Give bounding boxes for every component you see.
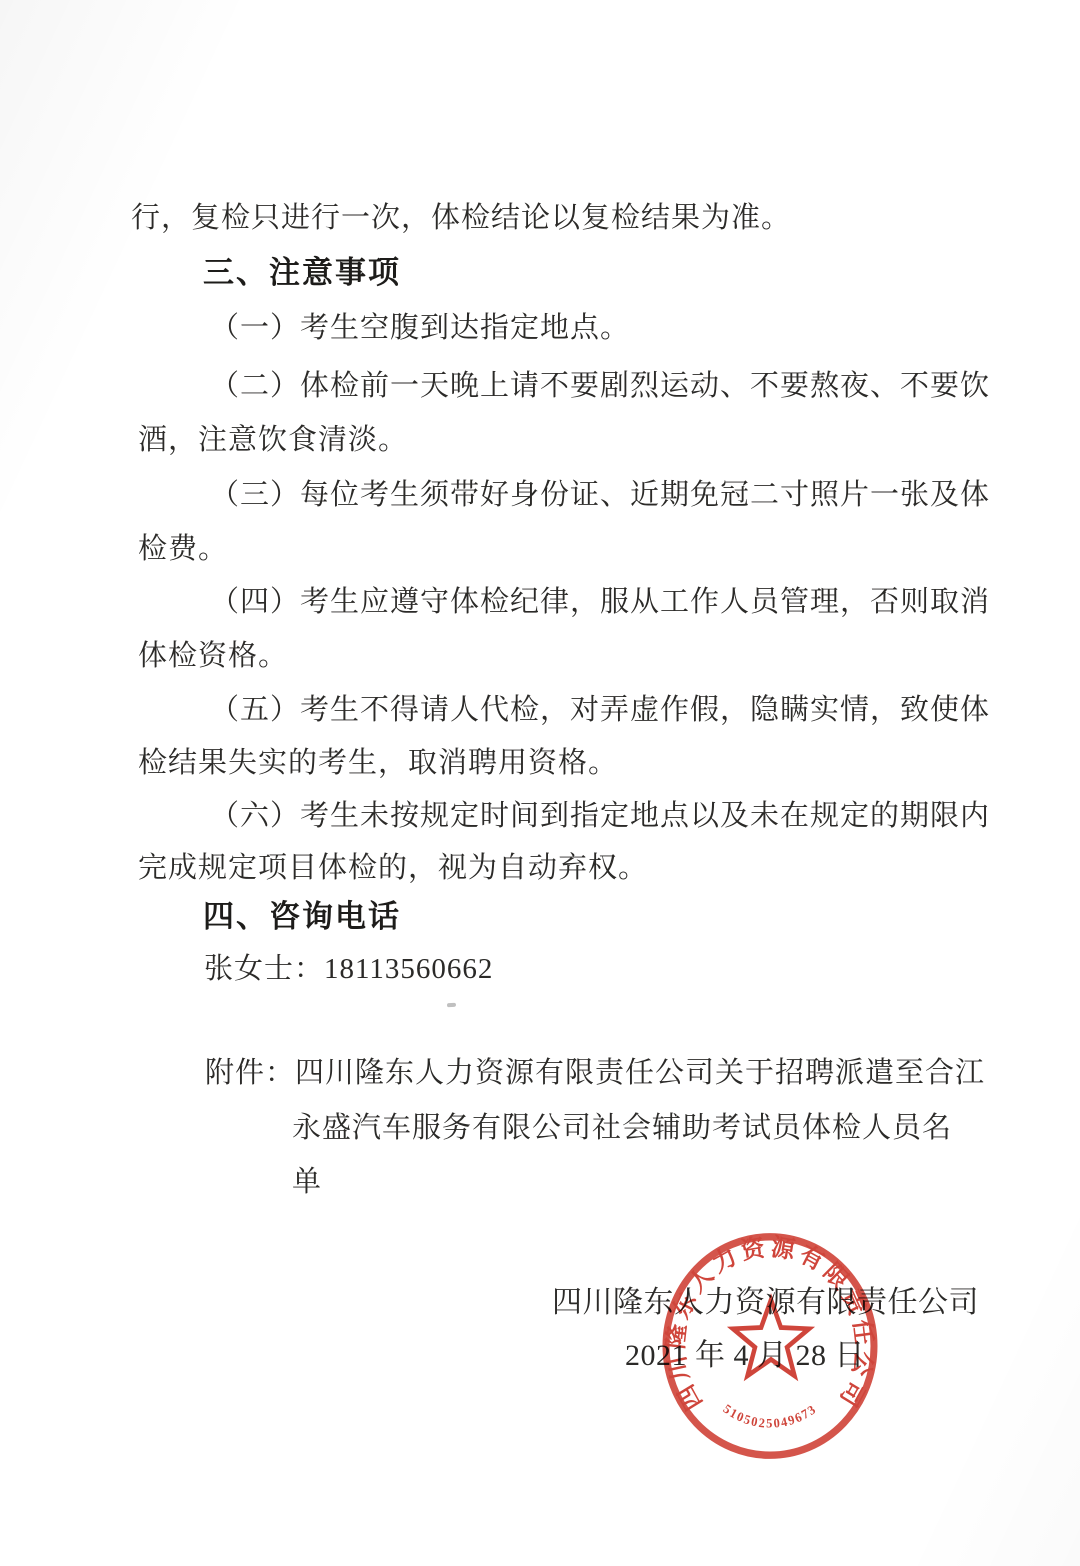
intro-continuation-line: 行，复检只进行一次，体检结论以复检结果为准。 bbox=[131, 200, 791, 236]
official-seal: 四川隆东人力资源有限责任公司 5105025049673 bbox=[658, 1228, 882, 1464]
attachment-line-3: 单 bbox=[292, 1164, 322, 1200]
note-6-line-2: 完成规定项目体检的，视为自动弃权。 bbox=[138, 850, 648, 886]
seal-star-icon bbox=[733, 1300, 809, 1376]
note-2-line-2: 酒，注意饮食清淡。 bbox=[138, 422, 408, 458]
note-4-line-2: 体检资格。 bbox=[138, 638, 288, 674]
note-4-line-1: （四）考生应遵守体检纪律，服从工作人员管理，否则取消 bbox=[210, 584, 990, 620]
note-5-line-1: （五）考生不得请人代检，对弄虚作假，隐瞒实情，致使体 bbox=[210, 692, 990, 728]
note-1-line: （一）考生空腹到达指定地点。 bbox=[210, 310, 630, 346]
attachment-line-1: 附件：四川隆东人力资源有限责任公司关于招聘派遣至合江 bbox=[205, 1055, 985, 1091]
attachment-line-2: 永盛汽车服务有限公司社会辅助考试员体检人员名 bbox=[292, 1110, 952, 1146]
note-3-line-2: 检费。 bbox=[138, 531, 228, 567]
scanned-document-page: 行，复检只进行一次，体检结论以复检结果为准。 三、注意事项 （一）考生空腹到达指… bbox=[0, 0, 1080, 1566]
section-3-heading: 三、注意事项 bbox=[203, 254, 401, 293]
section-4-heading: 四、咨询电话 bbox=[203, 898, 401, 937]
contact-phone-line: 张女士：18113560662 bbox=[204, 951, 493, 987]
seal-company-arc-text: 四川隆东人力资源有限责任公司 bbox=[663, 1232, 879, 1414]
note-6-line-1: （六）考生未按规定时间到指定地点以及未在规定的期限内 bbox=[210, 798, 990, 834]
seal-code-arc-text: 5105025049673 bbox=[721, 1401, 820, 1430]
note-5-line-2: 检结果失实的考生，取消聘用资格。 bbox=[138, 745, 618, 781]
note-2-line-1: （二）体检前一天晚上请不要剧烈运动、不要熬夜、不要饮 bbox=[210, 368, 990, 404]
note-3-line-1: （三）每位考生须带好身份证、近期免冠二寸照片一张及体 bbox=[210, 477, 990, 513]
scan-artifact-dot bbox=[447, 1003, 456, 1008]
